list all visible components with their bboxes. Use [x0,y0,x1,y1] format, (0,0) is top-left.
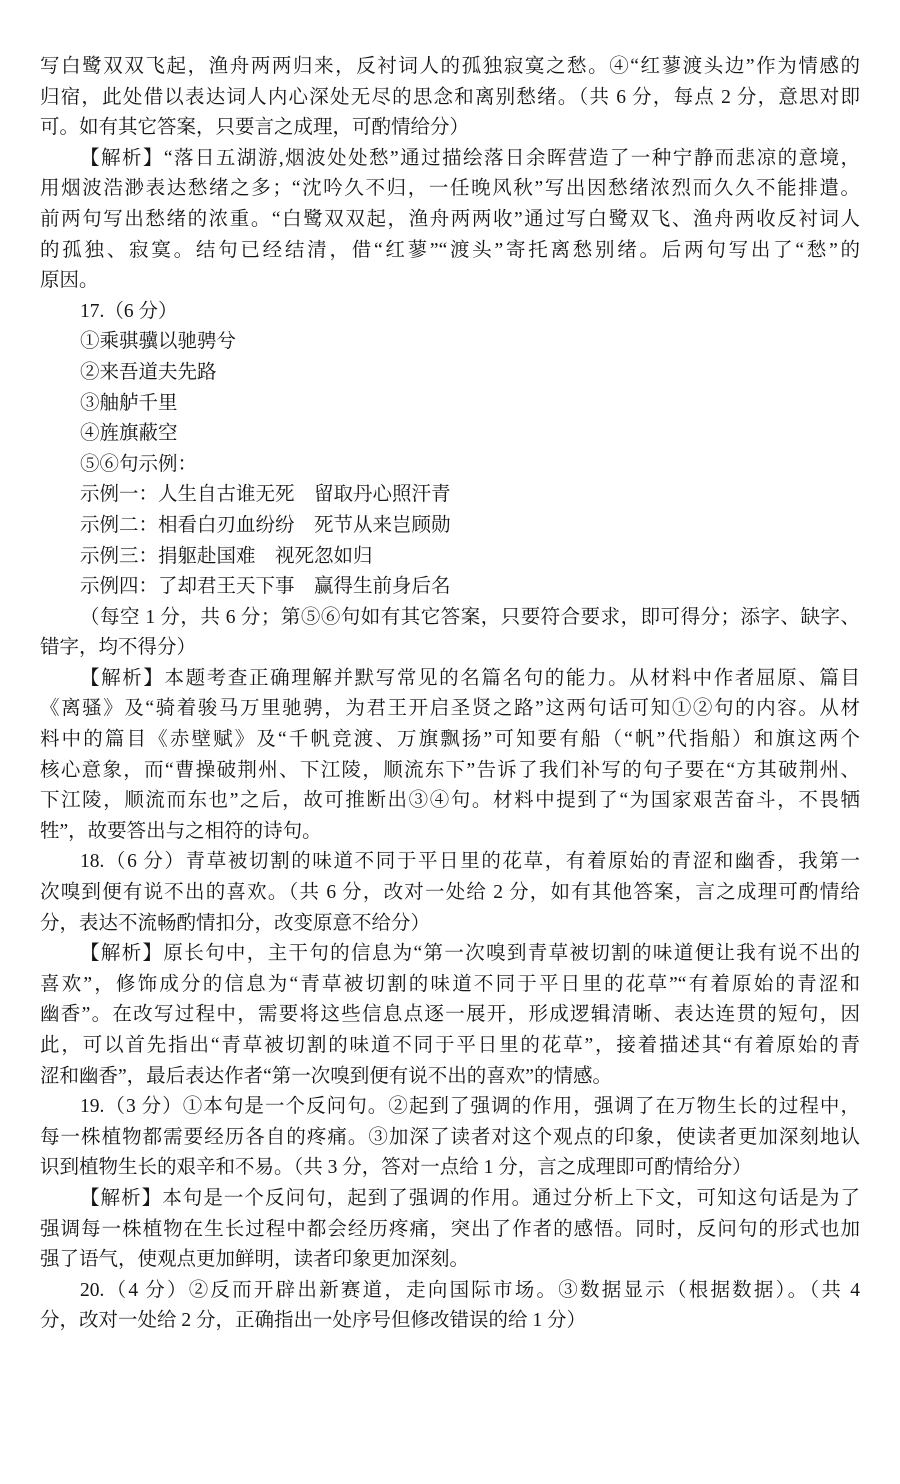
text-line: ③舳舻千里 [40,389,860,420]
text-line: 前两句写出愁绪的浓重。“白鹭双双起，渔舟两两收”通过写白鹭双飞、渔舟两收反衬词人 [40,205,860,236]
text-line: 【解析】本题考查正确理解并默写常见的名篇名句的能力。从材料中作者屈原、篇目 [40,664,860,695]
text-line: 每一株植物都需要经历各自的疼痛。③加深了读者对这个观点的印象，使读者更加深刻地认 [40,1123,860,1154]
text-line: 归宿，此处借以表达词人内心深处无尽的思念和离别愁绪。（共 6 分，每点 2 分，… [40,83,860,114]
text-line: 强调每一株植物在生长过程中都会经历疼痛，突出了作者的感悟。同时，反问句的形式也加 [40,1215,860,1246]
text-line: 【解析】原长句中，主干句的信息为“第一次嗅到青草被切割的味道便让我有说不出的 [40,939,860,970]
text-line: 18.（6 分）青草被切割的味道不同于平日里的花草，有着原始的青涩和幽香，我第一 [40,847,860,878]
text-line: 的孤独、寂寞。结句已经结清，借“红蓼”“渡头”寄托离愁别绪。后两句写出了“愁”的 [40,236,860,267]
text-line: ⑤⑥句示例： [40,450,860,481]
text-line: 分，改对一处给 2 分，正确指出一处序号但修改错误的给 1 分） [40,1306,860,1337]
text-line: 用烟波浩渺表达愁绪之多；“沈吟久不归，一任晚风秋”写出因愁绪浓烈而久久不能排遣。 [40,174,860,205]
text-column: 写白鹭双双飞起，渔舟两两归来，反衬词人的孤独寂寞之愁。④“红蓼渡头边”作为情感的… [40,52,860,1337]
text-line: 【解析】“落日五湖游,烟波处处愁”通过描绘落日余晖营造了一种宁静而悲凉的意境， [40,144,860,175]
text-line: 次嗅到便有说不出的喜欢。（共 6 分，改对一处给 2 分，如有其他答案，言之成理… [40,878,860,909]
text-line: 料中的篇目《赤壁赋》及“千帆竞渡、万旗飘扬”可知要有船（“帆”代指船）和旗这两个 [40,725,860,756]
text-line: 识到植物生长的艰辛和不易。（共 3 分，答对一点给 1 分，言之成理即可酌情给分… [40,1153,860,1184]
text-line: （每空 1 分，共 6 分；第⑤⑥句如有其它答案，只要符合要求，即可得分；添字、… [40,603,860,634]
text-line: 示例四：了却君王天下事 赢得生前身后名 [40,572,860,603]
document-page: 写白鹭双双飞起，渔舟两两归来，反衬词人的孤独寂寞之愁。④“红蓼渡头边”作为情感的… [0,0,900,1484]
text-line: 强了语气，使观点更加鲜明，读者印象更加深刻。 [40,1245,860,1276]
text-line: 示例二：相看白刃血纷纷 死节从来岂顾勋 [40,511,860,542]
text-line: 涩和幽香”，最后表达作者“第一次嗅到便有说不出的喜欢”的情感。 [40,1062,860,1093]
text-line: 20.（4 分）②反而开辟出新赛道，走向国际市场。③数据显示（根据数据）。（共 … [40,1276,860,1307]
text-line: 分，表达不流畅酌情扣分，改变原意不给分） [40,909,860,940]
text-line: 幽香”。在改写过程中，需要将这些信息点逐一展开，形成逻辑清晰、表达连贯的短句，因 [40,1000,860,1031]
text-line: 示例一：人生自古谁无死 留取丹心照汗青 [40,480,860,511]
text-line: 《离骚》及“骑着骏马万里驰骋，为君王开启圣贤之路”这两句话可知①②句的内容。从材 [40,694,860,725]
text-line: ②来吾道夫先路 [40,358,860,389]
text-line: ①乘骐骥以驰骋兮 [40,327,860,358]
text-line: 写白鹭双双飞起，渔舟两两归来，反衬词人的孤独寂寞之愁。④“红蓼渡头边”作为情感的 [40,52,860,83]
text-line: 可。如有其它答案，只要言之成理，可酌情给分） [40,113,860,144]
text-line: 错字，均不得分） [40,633,860,664]
text-line: 下江陵，顺流而东也”之后，故可推断出③④句。材料中提到了“为国家艰苦奋斗，不畏牺 [40,786,860,817]
text-line: 19.（3 分）①本句是一个反问句。②起到了强调的作用，强调了在万物生长的过程中… [40,1092,860,1123]
text-line: 【解析】本句是一个反问句，起到了强调的作用。通过分析上下文，可知这句话是为了 [40,1184,860,1215]
text-line: ④旌旗蔽空 [40,419,860,450]
text-line: 17.（6 分） [40,297,860,328]
text-line: 原因。 [40,266,860,297]
text-line: 示例三：捐躯赴国难 视死忽如归 [40,542,860,573]
text-line: 喜欢”，修饰成分的信息为“青草被切割的味道不同于平日里的花草”“有着原始的青涩和 [40,970,860,1001]
text-line: 此，可以首先指出“青草被切割的味道不同于平日里的花草”，接着描述其“有着原始的青 [40,1031,860,1062]
text-line: 核心意象，而“曹操破荆州、下江陵，顺流东下”告诉了我们补写的句子要在“方其破荆州… [40,756,860,787]
text-line: 牲”，故要答出与之相符的诗句。 [40,817,860,848]
